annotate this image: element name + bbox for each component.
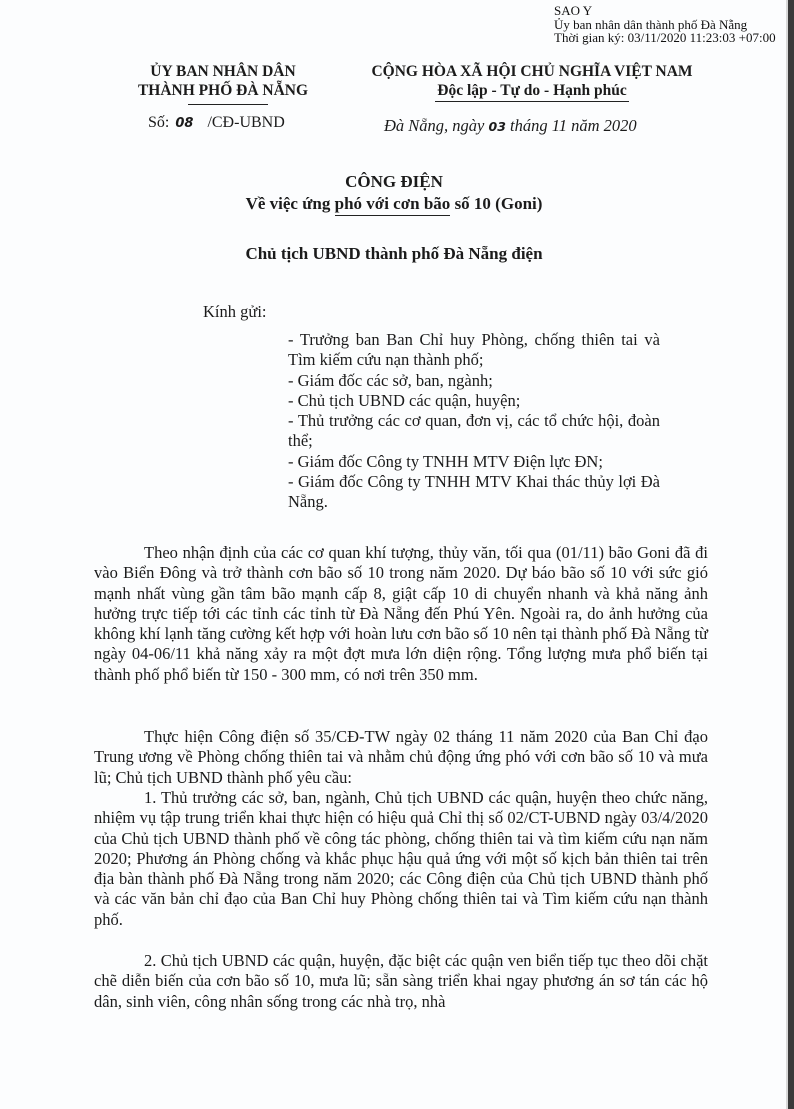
date-prefix: Đà Nẵng, ngày [384, 116, 489, 135]
date-suffix: tháng 11 năm 2020 [506, 116, 637, 135]
subject-part-1: Về việc ứng [246, 194, 335, 213]
national-heading: CỘNG HÒA XÃ HỘI CHỦ NGHĨA VIỆT NAM Độc l… [352, 62, 712, 102]
document-sender: Chủ tịch UBND thành phố Đà Nẵng điện [0, 244, 788, 264]
recipient-item: - Giám đốc Công ty TNHH MTV Điện lực ĐN; [288, 452, 660, 472]
doc-number-label: Số: [148, 114, 169, 131]
document-subject: Về việc ứng phó với cơn bão số 10 (Goni) [0, 194, 788, 214]
nation-name: CỘNG HÒA XÃ HỘI CHỦ NGHĨA VIỆT NAM [352, 62, 712, 81]
body-paragraph-item-2: 2. Chủ tịch UBND các quận, huyện, đặc bi… [94, 951, 708, 1012]
national-motto: Độc lập - Tự do - Hạnh phúc [435, 81, 628, 102]
copy-stamp: SAO Y Ủy ban nhân dân thành phố Đà Nẵng … [554, 4, 776, 45]
stamp-issuer: Ủy ban nhân dân thành phố Đà Nẵng [554, 18, 776, 32]
body-paragraph-forecast: Theo nhận định của các cơ quan khí tượng… [94, 543, 708, 685]
recipients-list: - Trưởng ban Ban Chỉ huy Phòng, chống th… [288, 330, 660, 513]
document-page: SAO Y Ủy ban nhân dân thành phố Đà Nẵng … [0, 0, 788, 1109]
paragraph-text: 1. Thủ trưởng các sở, ban, ngành, Chủ tị… [94, 788, 708, 930]
stamp-title: SAO Y [554, 4, 776, 18]
body-paragraph-item-1: 1. Thủ trưởng các sở, ban, ngành, Chủ tị… [94, 788, 708, 930]
recipient-item: - Trưởng ban Ban Chỉ huy Phòng, chống th… [288, 330, 660, 371]
paragraph-text: Theo nhận định của các cơ quan khí tượng… [94, 543, 708, 685]
subject-part-2: phó với cơn bão [335, 194, 451, 213]
subject-part-3: số 10 (Goni) [450, 194, 542, 213]
viewer-border [788, 0, 794, 1109]
recipient-item: - Chủ tịch UBND các quận, huyện; [288, 391, 660, 411]
recipients-label: Kính gửi: [203, 302, 267, 322]
document-type: CÔNG ĐIỆN [0, 172, 788, 192]
paragraph-text: Thực hiện Công điện số 35/CĐ-TW ngày 02 … [94, 727, 708, 788]
authority-line-2: THÀNH PHỐ ĐÀ NẴNG [118, 81, 328, 100]
body-paragraph-directive: Thực hiện Công điện số 35/CĐ-TW ngày 02 … [94, 727, 708, 788]
recipient-item: - Thủ trưởng các cơ quan, đơn vị, các tổ… [288, 411, 660, 452]
paragraph-text: 2. Chủ tịch UBND các quận, huyện, đặc bi… [94, 951, 708, 1012]
document-date: Đà Nẵng, ngày 03 tháng 11 năm 2020 [384, 116, 637, 136]
authority-line-1: ỦY BAN NHÂN DÂN [118, 62, 328, 81]
issuing-authority: ỦY BAN NHÂN DÂN THÀNH PHỐ ĐÀ NẴNG [118, 62, 328, 100]
document-number: Số:08/CĐ-UBND [148, 114, 285, 132]
authority-divider [188, 104, 268, 105]
stamp-signed-time: Thời gian ký: 03/11/2020 11:23:03 +07:00 [554, 31, 776, 45]
date-day: 03 [489, 119, 506, 134]
doc-number-value: 08 [175, 116, 193, 131]
recipient-item: - Giám đốc Công ty TNHH MTV Khai thác th… [288, 472, 660, 513]
recipient-item: - Giám đốc các sở, ban, ngành; [288, 371, 660, 391]
doc-number-suffix: /CĐ-UBND [207, 114, 284, 131]
